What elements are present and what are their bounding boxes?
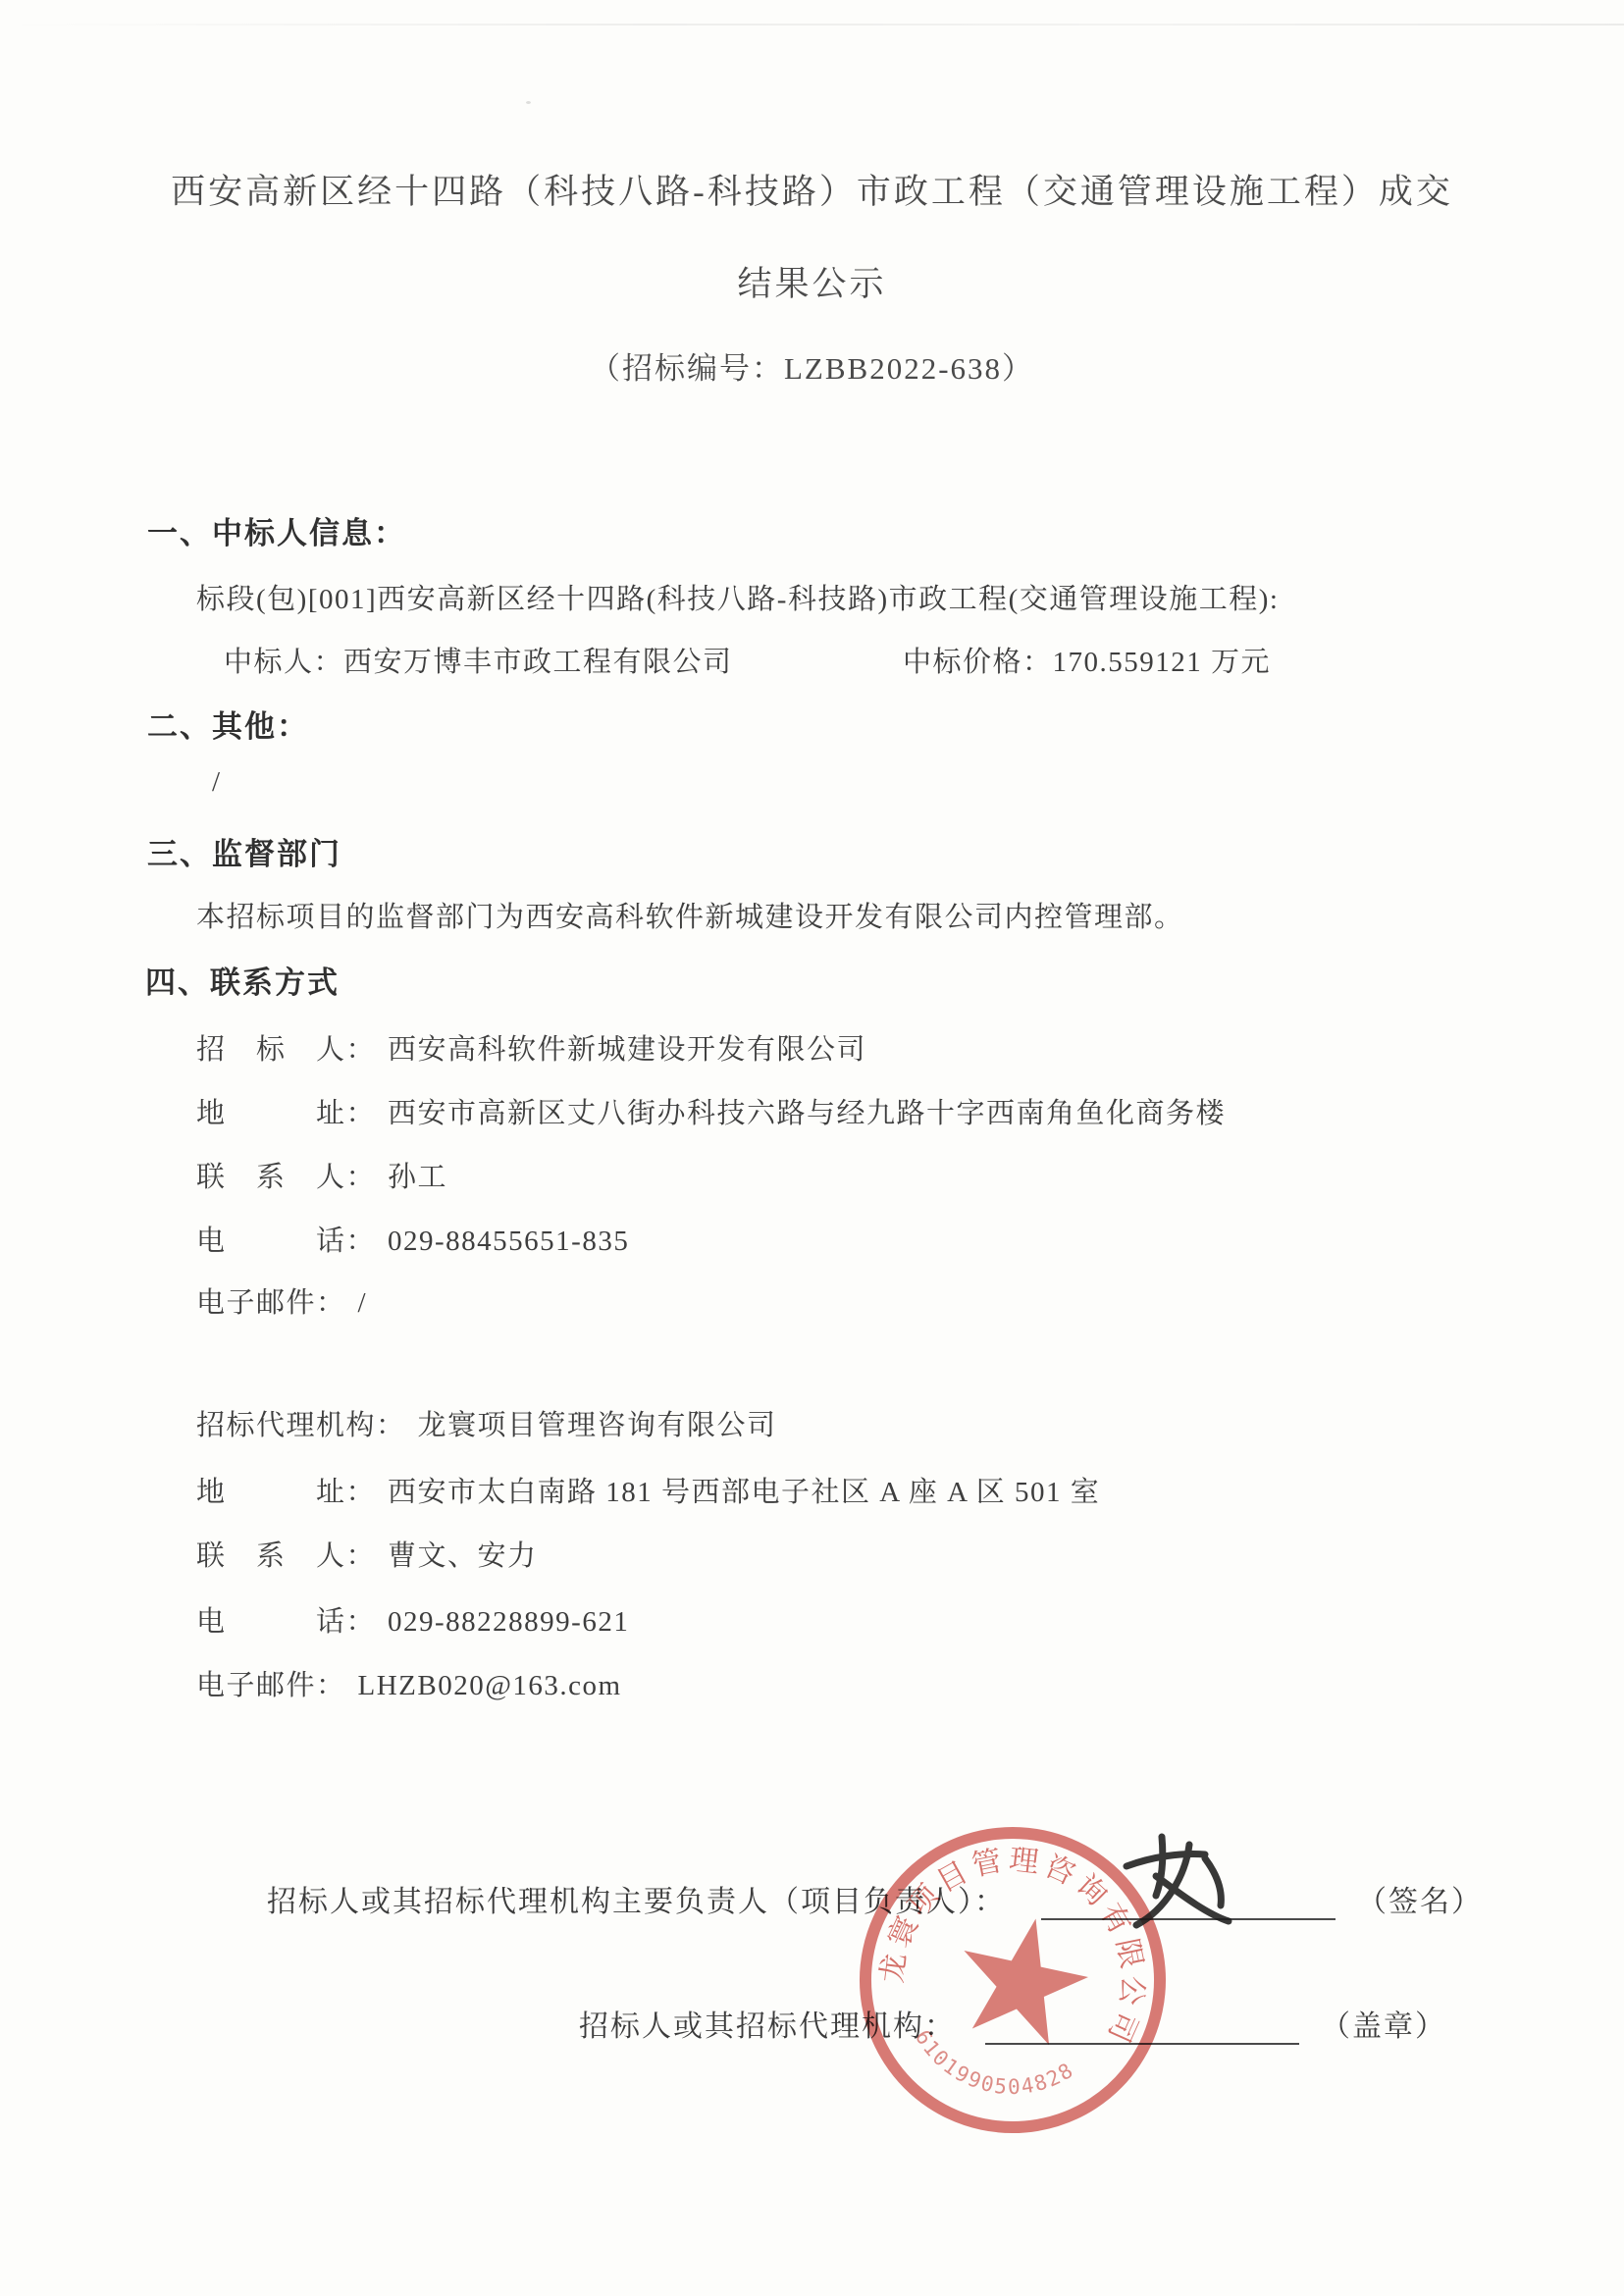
star-icon (949, 1905, 1098, 2050)
section1-heading: 一、中标人信息： (147, 508, 406, 552)
agency-row-email: 电子邮件：LHZB020@163.com (196, 1663, 622, 1703)
tender-number: （招标编号：LZBB2022-638） (0, 343, 1624, 388)
signature-line2-suffix: （盖章） (1321, 2002, 1446, 2045)
row-value: LHZB020@163.com (358, 1670, 622, 1702)
row-value: / (358, 1287, 368, 1320)
tenderer-row-contact: 联 系 人：孙工 (196, 1155, 447, 1195)
section2-content: / (212, 766, 222, 799)
agency-row-contact: 联 系 人：曹文、安力 (196, 1534, 538, 1574)
agency-row-address: 地 址：西安市太白南路 181 号西部电子社区 A 座 A 区 501 室 (196, 1470, 1100, 1510)
page-title-line1: 西安高新区经十四路（科技八路-科技路）市政工程（交通管理设施工程）成交 (0, 165, 1624, 214)
section4-heading: 四、联系方式 (145, 958, 340, 1002)
price-value: 170.559121 万元 (1053, 647, 1272, 678)
tenderer-row-email: 电子邮件：/ (196, 1280, 367, 1321)
agency-row-phone: 电 话：029-88228899-621 (196, 1599, 629, 1640)
row-value: 龙寰项目管理咨询有限公司 (418, 1403, 777, 1443)
row-value: 曹文、安力 (388, 1534, 538, 1574)
row-label: 地 址： (196, 1470, 376, 1510)
row-value: 029-88228899-621 (388, 1606, 629, 1639)
agency-row-name: 招标代理机构：龙寰项目管理咨询有限公司 (196, 1403, 777, 1443)
section2-heading: 二、其他： (147, 702, 309, 746)
winner-label: 中标人： (224, 647, 343, 678)
tenderer-row-address: 地 址：西安市高新区丈八街办科技六路与经九路十字西南角鱼化商务楼 (196, 1091, 1226, 1131)
row-label: 招标代理机构： (196, 1403, 406, 1443)
tenderer-row-name: 招 标 人：西安高科软件新城建设开发有限公司 (196, 1027, 866, 1068)
winner-value: 西安万博丰市政工程有限公司 (343, 647, 733, 678)
price-line: 中标价格：170.559121 万元 (903, 640, 1271, 680)
tenderer-row-phone: 电 话：029-88455651-835 (196, 1219, 629, 1259)
scanned-document-page: 西安高新区经十四路（科技八路-科技路）市政工程（交通管理设施工程）成交 结果公示… (0, 0, 1624, 2296)
row-value: 西安市高新区丈八街办科技六路与经九路十字西南角鱼化商务楼 (388, 1091, 1226, 1131)
winner-line: 中标人：西安万博丰市政工程有限公司 (224, 640, 733, 680)
row-label: 电 话： (196, 1219, 376, 1259)
row-label: 电 话： (196, 1599, 376, 1640)
section1-lot-line: 标段(包)[001]西安高新区经十四路(科技八路-科技路)市政工程(交通管理设施… (196, 577, 1279, 617)
page-title-line2: 结果公示 (0, 257, 1624, 306)
row-label: 地 址： (196, 1091, 376, 1131)
row-label: 招 标 人： (196, 1027, 376, 1068)
row-label: 电子邮件： (196, 1663, 346, 1703)
row-label: 电子邮件： (196, 1280, 346, 1321)
handwritten-signature (1079, 1815, 1295, 1962)
section3-content: 本招标项目的监督部门为西安高科软件新城建设开发有限公司内控管理部。 (196, 895, 1184, 935)
row-value: 029-88455651-835 (388, 1226, 629, 1258)
row-label: 联 系 人： (196, 1155, 376, 1195)
row-label: 联 系 人： (196, 1534, 376, 1574)
section3-heading: 三、监督部门 (147, 829, 341, 873)
signature-line1-suffix: （签名） (1357, 1877, 1483, 1920)
price-label: 中标价格： (903, 647, 1053, 678)
row-value: 西安高科软件新城建设开发有限公司 (388, 1027, 866, 1068)
row-value: 孙工 (388, 1155, 447, 1195)
scan-artifact-line (0, 24, 1624, 26)
scan-artifact (526, 101, 531, 104)
row-value: 西安市太白南路 181 号西部电子社区 A 座 A 区 501 室 (388, 1470, 1100, 1510)
